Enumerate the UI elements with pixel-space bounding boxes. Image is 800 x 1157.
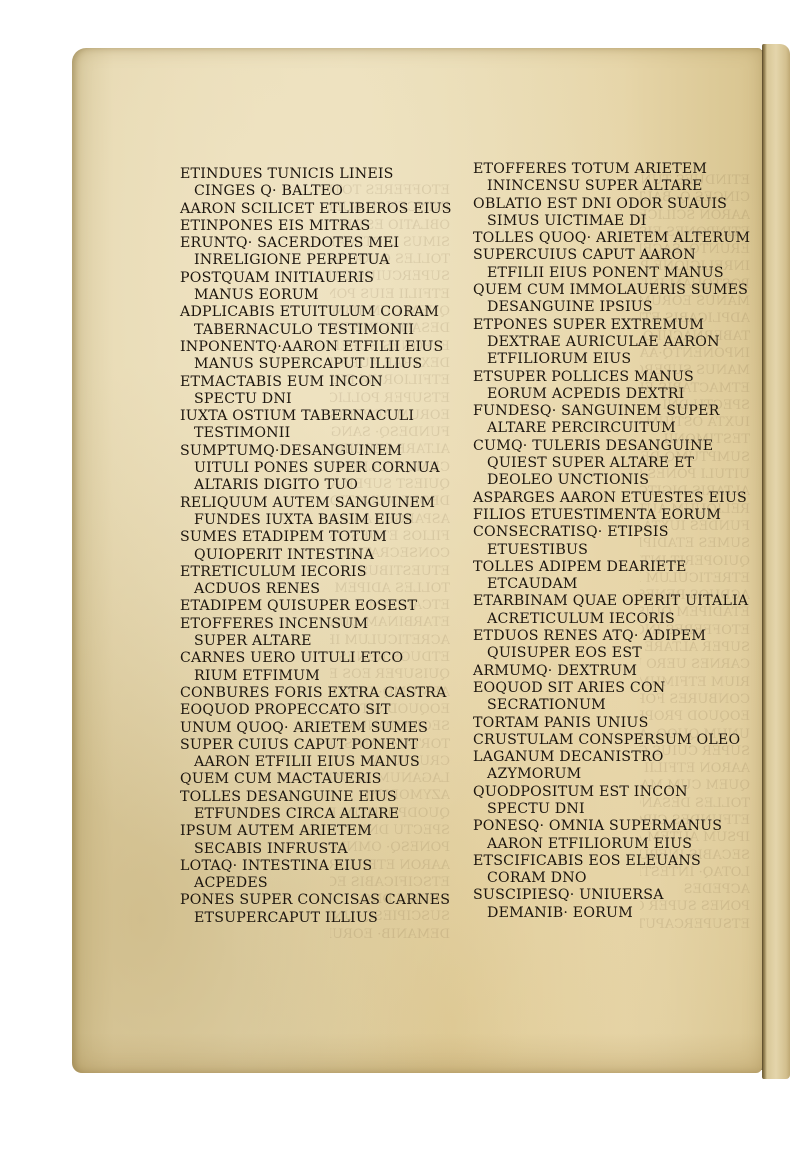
text-line: TABERNACULO TESTIMONII (180, 322, 452, 339)
show-through-line: DEMANIB· EORUM (330, 926, 450, 943)
text-line: QUIEST SUPER ALTARE ET (473, 455, 750, 472)
text-line: DEMANIB· EORUM (473, 905, 750, 922)
text-line: DEOLEO UNCTIONIS (473, 472, 750, 489)
text-line: ETPONES SUPER EXTREMUM (473, 317, 750, 334)
text-line: ASPARGES AARON ETUESTES EIUS (473, 490, 750, 507)
text-line: ADPLICABIS ETUITULUM CORAM (180, 304, 452, 321)
text-line: IPSUM AUTEM ARIETEM (180, 823, 452, 840)
text-line: CUMQ· TULERIS DESANGUINE (473, 438, 750, 455)
text-line: ARMUMQ· DEXTRUM (473, 663, 750, 680)
text-line: IUXTA OSTIUM TABERNACULI (180, 408, 452, 425)
text-line: MANUS EORUM (180, 287, 452, 304)
text-line: SPECTU DNI (180, 391, 452, 408)
text-line: MANUS SUPERCAPUT ILLIUS (180, 356, 452, 373)
text-line: ETSUPERCAPUT ILLIUS (180, 910, 452, 927)
text-line: ETCAUDAM (473, 576, 750, 593)
text-line: SUMPTUMQ·DESANGUINEM (180, 443, 452, 460)
text-line: INPONENTQ·AARON ETFILII EIUS (180, 339, 452, 356)
text-line: CORAM DNO (473, 870, 750, 887)
text-line: TOLLES ADIPEM DEARIETE (473, 559, 750, 576)
text-line: ETOFFERES INCENSUM (180, 616, 452, 633)
text-line: ETMACTABIS EUM INCON (180, 374, 452, 391)
text-line: ETADIPEM QUISUPER EOSEST (180, 598, 452, 615)
text-line: ETOFFERES TOTUM ARIETEM (473, 161, 750, 178)
text-line: SUPERCUIUS CAPUT AARON (473, 247, 750, 264)
text-line: SUSCIPIESQ· UNIUERSA (473, 887, 750, 904)
text-line: RELIQUUM AUTEM SANGUINEM (180, 495, 452, 512)
text-line: TOLLES DESANGUINE EIUS (180, 789, 452, 806)
text-line: UNUM QUOQ· ARIETEM SUMES (180, 720, 452, 737)
text-line: FUNDES IUXTA BASIM EIUS (180, 512, 452, 529)
text-line: ETINPONES EIS MITRAS (180, 218, 452, 235)
text-line: QUODPOSITUM EST INCON (473, 784, 750, 801)
text-line: FUNDESQ· SANGUINEM SUPER (473, 403, 750, 420)
text-line: SUPER ALTARE (180, 633, 452, 650)
text-line: PONES SUPER CONCISAS CARNES (180, 892, 452, 909)
text-line: QUISUPER EOS EST (473, 645, 750, 662)
text-line: ACDUOS RENES (180, 581, 452, 598)
text-line: QUEM CUM MACTAUERIS (180, 771, 452, 788)
text-line: INRELIGIONE PERPETUA (180, 252, 452, 269)
text-line: DESANGUINE IPSIUS (473, 299, 750, 316)
text-line: AARON ETFILII EIUS MANUS (180, 754, 452, 771)
text-line: AARON ETFILIORUM EIUS (473, 836, 750, 853)
text-line: EOQUOD SIT ARIES CON (473, 680, 750, 697)
text-line: AZYMORUM (473, 766, 750, 783)
text-line: CARNES UERO UITULI ETCO (180, 650, 452, 667)
text-line: ETFUNDES CIRCA ALTARE (180, 806, 452, 823)
text-line: PONESQ· OMNIA SUPERMANUS (473, 818, 750, 835)
text-line: CINGES Q· BALTEO (180, 183, 452, 200)
text-line: LOTAQ· INTESTINA EIUS (180, 858, 452, 875)
text-line: SECRATIONUM (473, 697, 750, 714)
text-line: QUIOPERIT INTESTINA (180, 547, 452, 564)
text-line: DEXTRAE AURICULAE AARON (473, 334, 750, 351)
text-line: RIUM ETFIMUM (180, 668, 452, 685)
text-line: UITULI PONES SUPER CORNUA (180, 460, 452, 477)
text-line: ACPEDES (180, 875, 452, 892)
text-line: ETSUPER POLLICES MANUS (473, 369, 750, 386)
text-line: SECABIS INFRUSTA (180, 841, 452, 858)
text-line: ININCENSU SUPER ALTARE (473, 178, 750, 195)
text-line: POSTQUAM INITIAUERIS (180, 270, 452, 287)
text-line: QUEM CUM IMMOLAUERIS SUMES (473, 282, 750, 299)
text-column-left: ETINDUES TUNICIS LINEISCINGES Q· BALTEOA… (180, 166, 452, 927)
text-line: ETFILIORUM EIUS (473, 351, 750, 368)
text-line: EOQUOD PROPECCATO SIT (180, 702, 452, 719)
text-line: SPECTU DNI (473, 801, 750, 818)
text-line: CONBURES FORIS EXTRA CASTRA (180, 685, 452, 702)
text-line: ETUESTIBUS (473, 542, 750, 559)
text-line: ALTARE PERCIRCUITUM (473, 420, 750, 437)
text-line: CONSECRATISQ· ETIPSIS (473, 524, 750, 541)
text-line: FILIOS ETUESTIMENTA EORUM (473, 507, 750, 524)
text-line: ETSCIFICABIS EOS ELEUANS (473, 853, 750, 870)
text-line: OBLATIO EST DNI ODOR SUAUIS (473, 196, 750, 213)
text-line: SIMUS UICTIMAE DI (473, 213, 750, 230)
text-line: EORUM ACPEDIS DEXTRI (473, 386, 750, 403)
text-line: ETDUOS RENES ATQ· ADIPEM (473, 628, 750, 645)
text-line: LAGANUM DECANISTRO (473, 749, 750, 766)
text-line: ALTARIS DIGITO TUO (180, 477, 452, 494)
text-line: ETINDUES TUNICIS LINEIS (180, 166, 452, 183)
text-line: TESTIMONII (180, 425, 452, 442)
adjacent-leaf-spine (762, 44, 790, 1079)
text-line: SUPER CUIUS CAPUT PONENT (180, 737, 452, 754)
text-line: ETFILII EIUS PONENT MANUS (473, 265, 750, 282)
text-line: ERUNTQ· SACERDOTES MEI (180, 235, 452, 252)
text-line: SUMES ETADIPEM TOTUM (180, 529, 452, 546)
text-line: AARON SCILICET ETLIBEROS EIUS (180, 201, 452, 218)
text-line: TOLLES QUOQ· ARIETEM ALTERUM (473, 230, 750, 247)
text-column-right: ETOFFERES TOTUM ARIETEMININCENSU SUPER A… (473, 161, 750, 922)
text-line: ACRETICULUM IECORIS (473, 611, 750, 628)
text-line: CRUSTULAM CONSPERSUM OLEO (473, 732, 750, 749)
text-line: ETRETICULUM IECORIS (180, 564, 452, 581)
text-line: ETARBINAM QUAE OPERIT UITALIA (473, 593, 750, 610)
text-line: TORTAM PANIS UNIUS (473, 715, 750, 732)
